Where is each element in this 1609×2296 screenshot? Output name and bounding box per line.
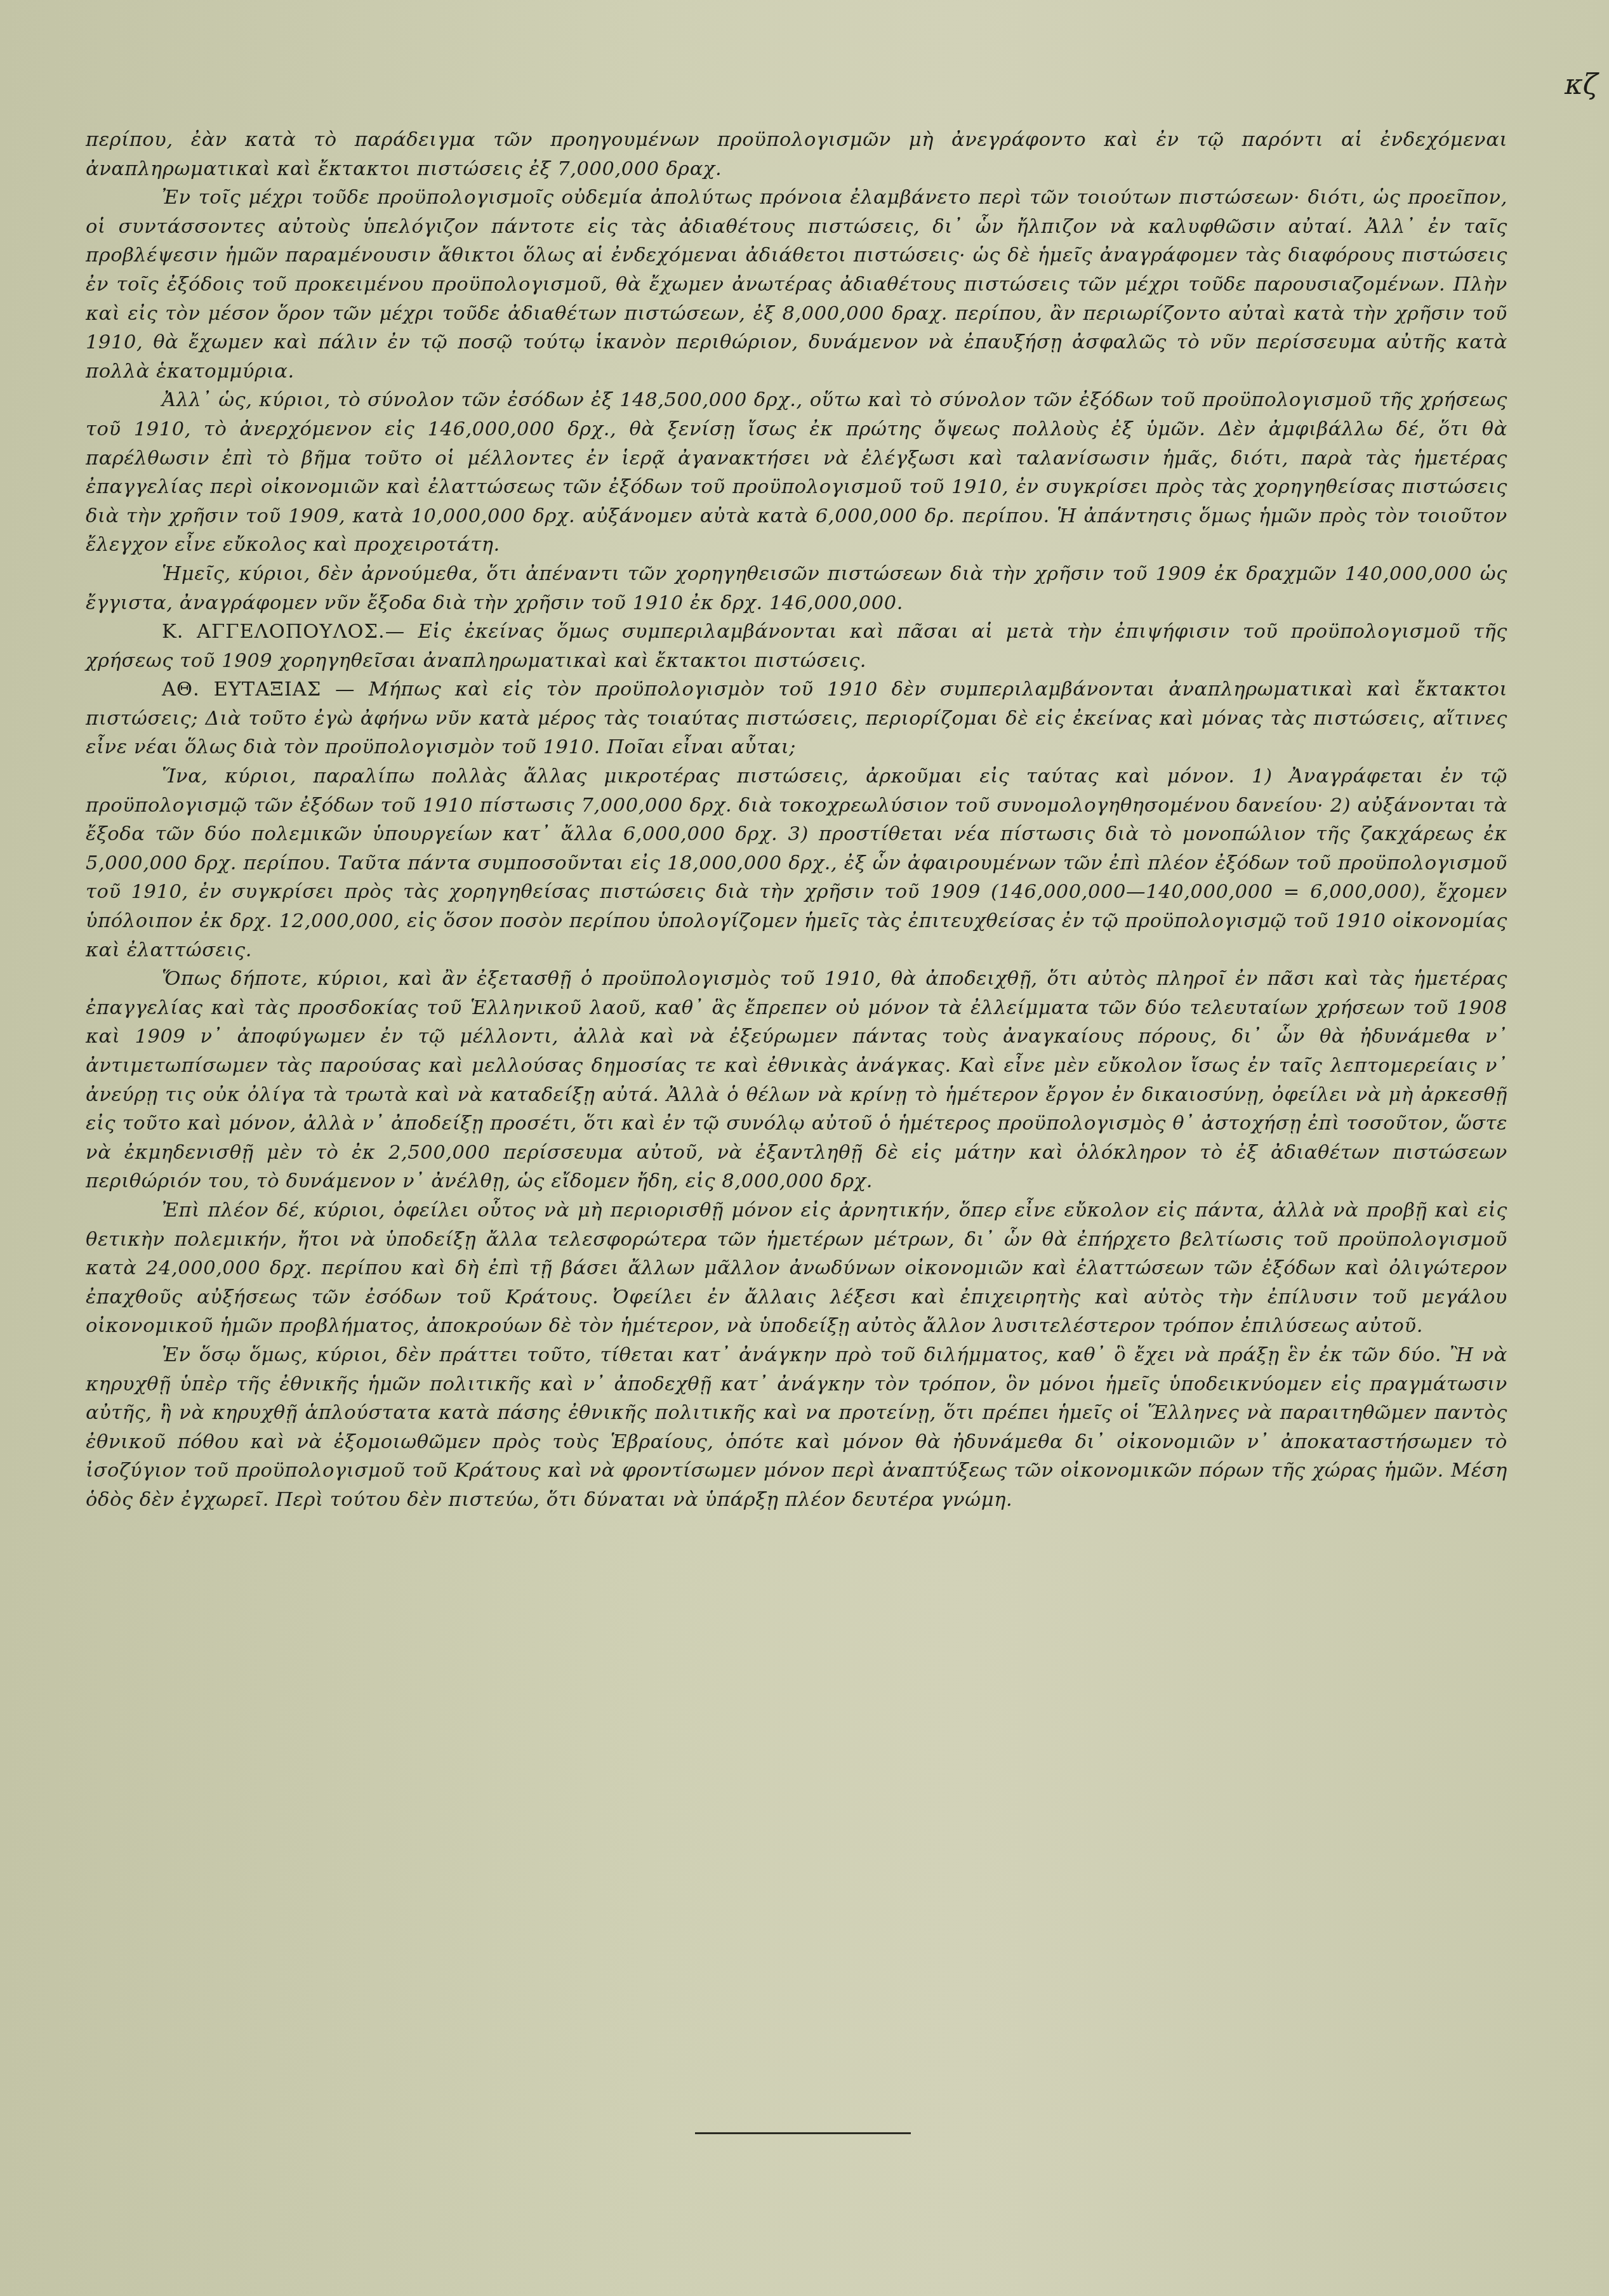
paragraph: Ἐν ὅσῳ ὅμως, κύριοι, δὲν πράττει τοῦτο, … — [86, 1341, 1507, 1515]
paragraph: Ἵνα, κύριοι, παραλίπω πολλὰς ἄλλας μικρο… — [86, 762, 1507, 965]
body-text: περίπου, ἐὰν κατὰ τὸ παράδειγμα τῶν προη… — [86, 126, 1507, 1515]
paragraph-text: Ἀλλ᾿ ὡς, κύριοι, τὸ σύνολον τῶν ἐσόδων ἐ… — [86, 389, 1507, 556]
paragraph: Ἡμεῖς, κύριοι, δὲν ἀρνούμεθα, ὅτι ἀπέναν… — [86, 560, 1507, 617]
paragraph: Ἐπὶ πλέον δέ, κύριοι, ὀφείλει οὗτος νὰ μ… — [86, 1196, 1507, 1341]
paragraph-text: Ἐν ὅσῳ ὅμως, κύριοι, δὲν πράττει τοῦτο, … — [86, 1344, 1507, 1511]
paragraph-speaker-angelopoulos: Κ. ΑΓΓΕΛΟΠΟΥΛΟΣ.— Εἰς ἐκείνας ὅμως συμπε… — [86, 617, 1507, 675]
paragraph: περίπου, ἐὰν κατὰ τὸ παράδειγμα τῶν προη… — [86, 126, 1507, 183]
paragraph-text: Ἡμεῖς, κύριοι, δὲν ἀρνούμεθα, ὅτι ἀπέναν… — [86, 563, 1507, 614]
paragraph-text: Ἵνα, κύριοι, παραλίπω πολλὰς ἄλλας μικρο… — [86, 765, 1507, 961]
speaker-name: Κ. ΑΓΓΕΛΟΠΟΥΛΟΣ.— — [162, 621, 405, 643]
paragraph-text: Ἐπὶ πλέον δέ, κύριοι, ὀφείλει οὗτος νὰ μ… — [86, 1199, 1507, 1337]
paragraph: Ἐν τοῖς μέχρι τοῦδε προϋπολογισμοῖς οὐδε… — [86, 183, 1507, 386]
paragraph: Ὅπως δήποτε, κύριοι, καὶ ἂν ἐξετασθῇ ὁ π… — [86, 965, 1507, 1196]
end-rule-divider — [695, 2132, 911, 2134]
page-number: κζ — [1565, 69, 1598, 101]
paragraph: Ἀλλ᾿ ὡς, κύριοι, τὸ σύνολον τῶν ἐσόδων ἐ… — [86, 386, 1507, 560]
paragraph-text: Ἐν τοῖς μέχρι τοῦδε προϋπολογισμοῖς οὐδε… — [86, 187, 1507, 383]
paragraph-text: Ὅπως δήποτε, κύριοι, καὶ ἂν ἐξετασθῇ ὁ π… — [86, 968, 1507, 1192]
speaker-name: ΑΘ. ΕΥΤΑΞΙΑΣ — — [162, 678, 355, 701]
paragraph-text: περίπου, ἐὰν κατὰ τὸ παράδειγμα τῶν προη… — [86, 129, 1507, 180]
paragraph-speaker-eftaxias: ΑΘ. ΕΥΤΑΞΙΑΣ — Μήπως καὶ εἰς τὸν προϋπολ… — [86, 675, 1507, 762]
